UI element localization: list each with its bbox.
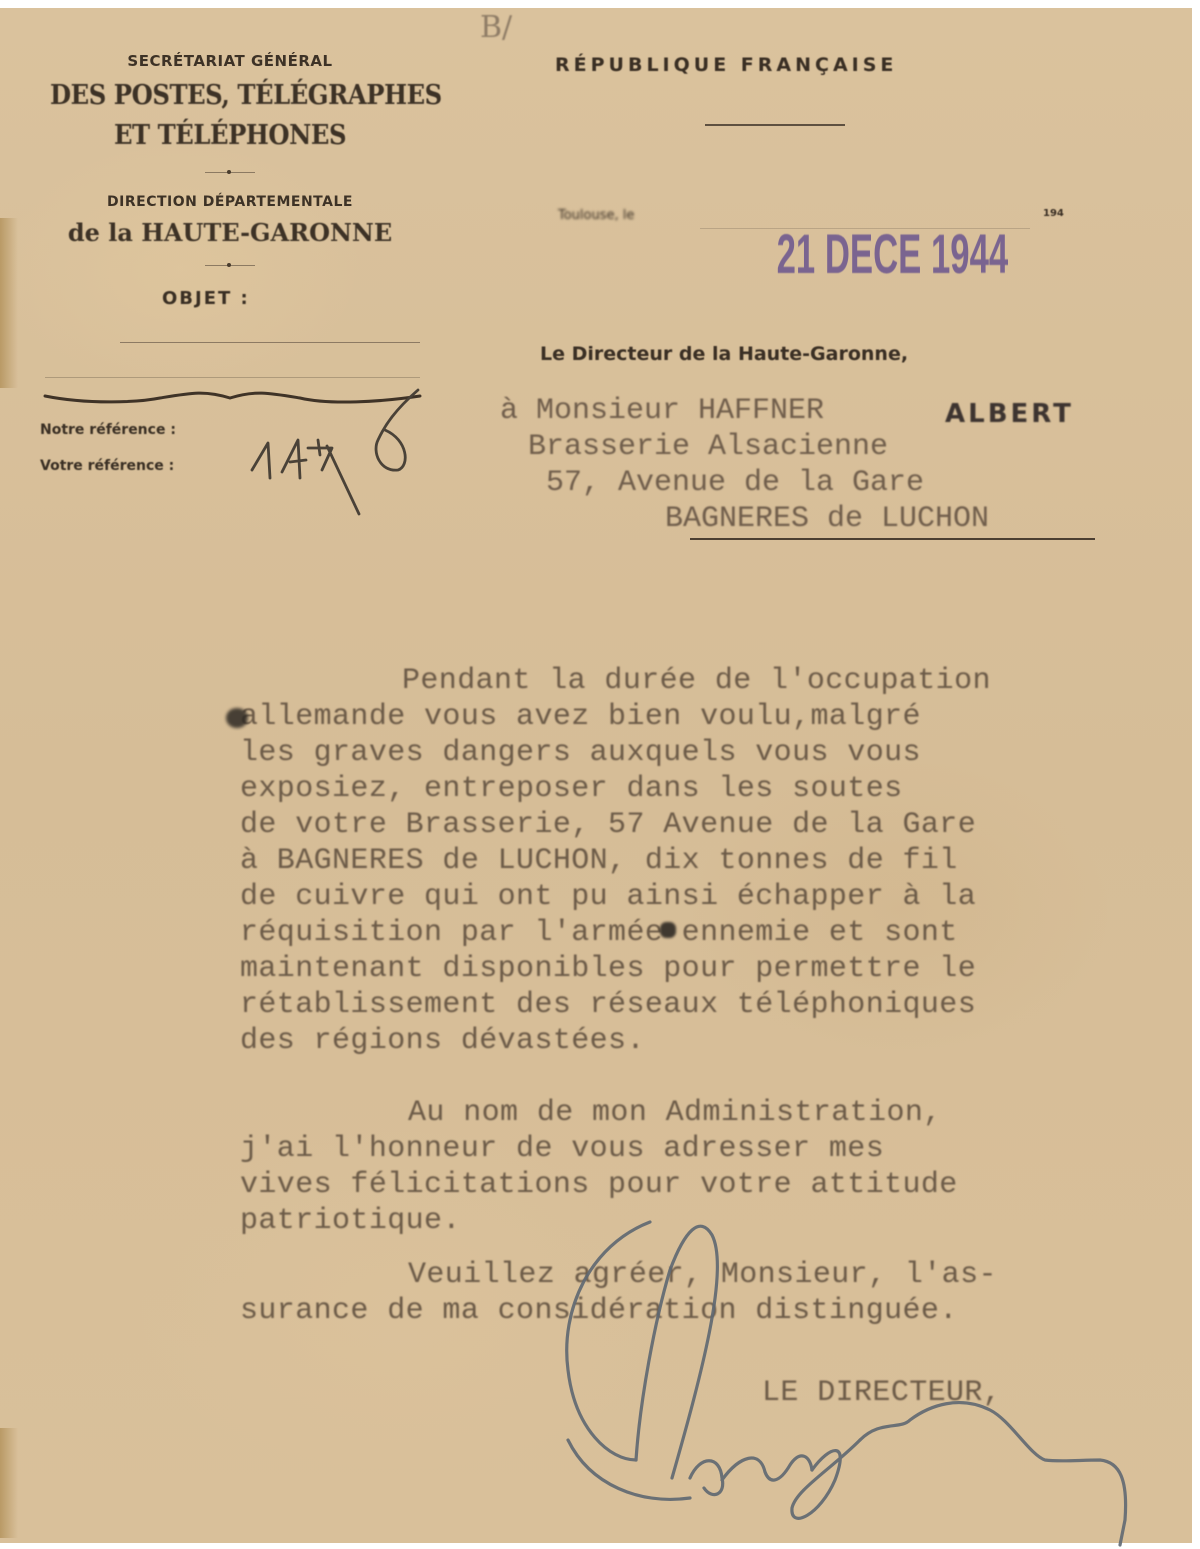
paragraph3-line: surance de ma considération distinguée. <box>240 1294 958 1328</box>
date-stamp-text: 21 DECE 1944 <box>777 222 1009 285</box>
paragraph3-line: Veuillez agréer, Monsieur, l'as- <box>408 1258 997 1292</box>
paragraph1-line: des régions dévastées. <box>240 1024 645 1058</box>
paragraph2-line: vives félicitations pour votre attitude <box>240 1168 958 1202</box>
recipient-line1: à Monsieur HAFFNER <box>500 394 824 428</box>
paragraph2-line: j'ai l'honneur de vous adresser mes <box>240 1132 884 1166</box>
republique-francaise: RÉPUBLIQUE FRANÇAISE <box>555 54 897 76</box>
date-line <box>700 228 1030 229</box>
paragraph2-line: patriotique. <box>240 1204 461 1238</box>
paragraph2-line: Au nom de mon Administration, <box>408 1096 942 1130</box>
paragraph1-line: de votre Brasserie, 57 Avenue de la Gare <box>240 808 976 842</box>
objet-label: OBJET : <box>162 288 250 309</box>
paragraph1-line: rétablissement des réseaux téléphoniques <box>240 988 976 1022</box>
ornament-divider <box>705 124 845 126</box>
recipient-line3: 57, Avenue de la Gare <box>546 466 924 500</box>
notre-reference-label: Notre référence : <box>40 422 176 438</box>
ink-correction-mark <box>226 708 248 728</box>
place-label: Toulouse, le <box>558 208 634 223</box>
paragraph1-line: de cuivre qui ont pu ainsi échapper à la <box>240 880 976 914</box>
recipient-line4: BAGNERES de LUCHON <box>665 502 989 536</box>
ornament-dot <box>227 263 231 267</box>
closing-title: LE DIRECTEUR, <box>762 1376 1001 1410</box>
date-stamp: 21 DECE 1944 <box>738 156 1008 351</box>
votre-reference-label: Votre référence : <box>40 458 174 474</box>
recipient-line2: Brasserie Alsacienne <box>528 430 888 464</box>
paragraph1-line: allemande vous avez bien voulu,malgré <box>240 700 921 734</box>
letterhead-direction: DIRECTION DÉPARTEMENTALE <box>30 194 430 210</box>
paragraph1-line: réquisition par l'armée ennemie et sont <box>240 916 958 950</box>
letterhead-haute-garonne: de la HAUTE-GARONNE <box>30 218 430 247</box>
paper-stain <box>0 1428 18 1538</box>
date-suffix: 194 <box>1043 208 1064 219</box>
paragraph1-line: maintenant disponibles pour permettre le <box>240 952 976 986</box>
objet-line <box>45 377 420 378</box>
ink-correction-mark <box>660 922 676 938</box>
recipient-first-name-added: ALBERT <box>945 399 1074 429</box>
recipient-city-underline <box>690 538 1095 540</box>
paper-stain <box>0 218 18 388</box>
letterhead-ptt-line1: DES POSTES, TÉLÉGRAPHES <box>50 80 410 111</box>
letterhead-secretariat: SECRÉTARIAT GÉNÉRAL <box>40 52 420 70</box>
reference-number-text: 1145 <box>250 430 253 431</box>
paragraph1-line: les graves dangers auxquels vous vous <box>240 736 921 770</box>
sender-line: Le Directeur de la Haute-Garonne, <box>540 343 908 365</box>
objet-line <box>120 342 420 343</box>
paragraph1-line: à BAGNERES de LUCHON, dix tonnes de fil <box>240 844 958 878</box>
paragraph1-line: Pendant la durée de l'occupation <box>402 664 991 698</box>
corner-pencil-mark: B/ <box>480 10 512 45</box>
letterhead-ptt-line2: ET TÉLÉPHONES <box>50 120 410 151</box>
ornament-dot <box>227 170 231 174</box>
paragraph1-line: exposiez, entreposer dans les soutes <box>240 772 903 806</box>
